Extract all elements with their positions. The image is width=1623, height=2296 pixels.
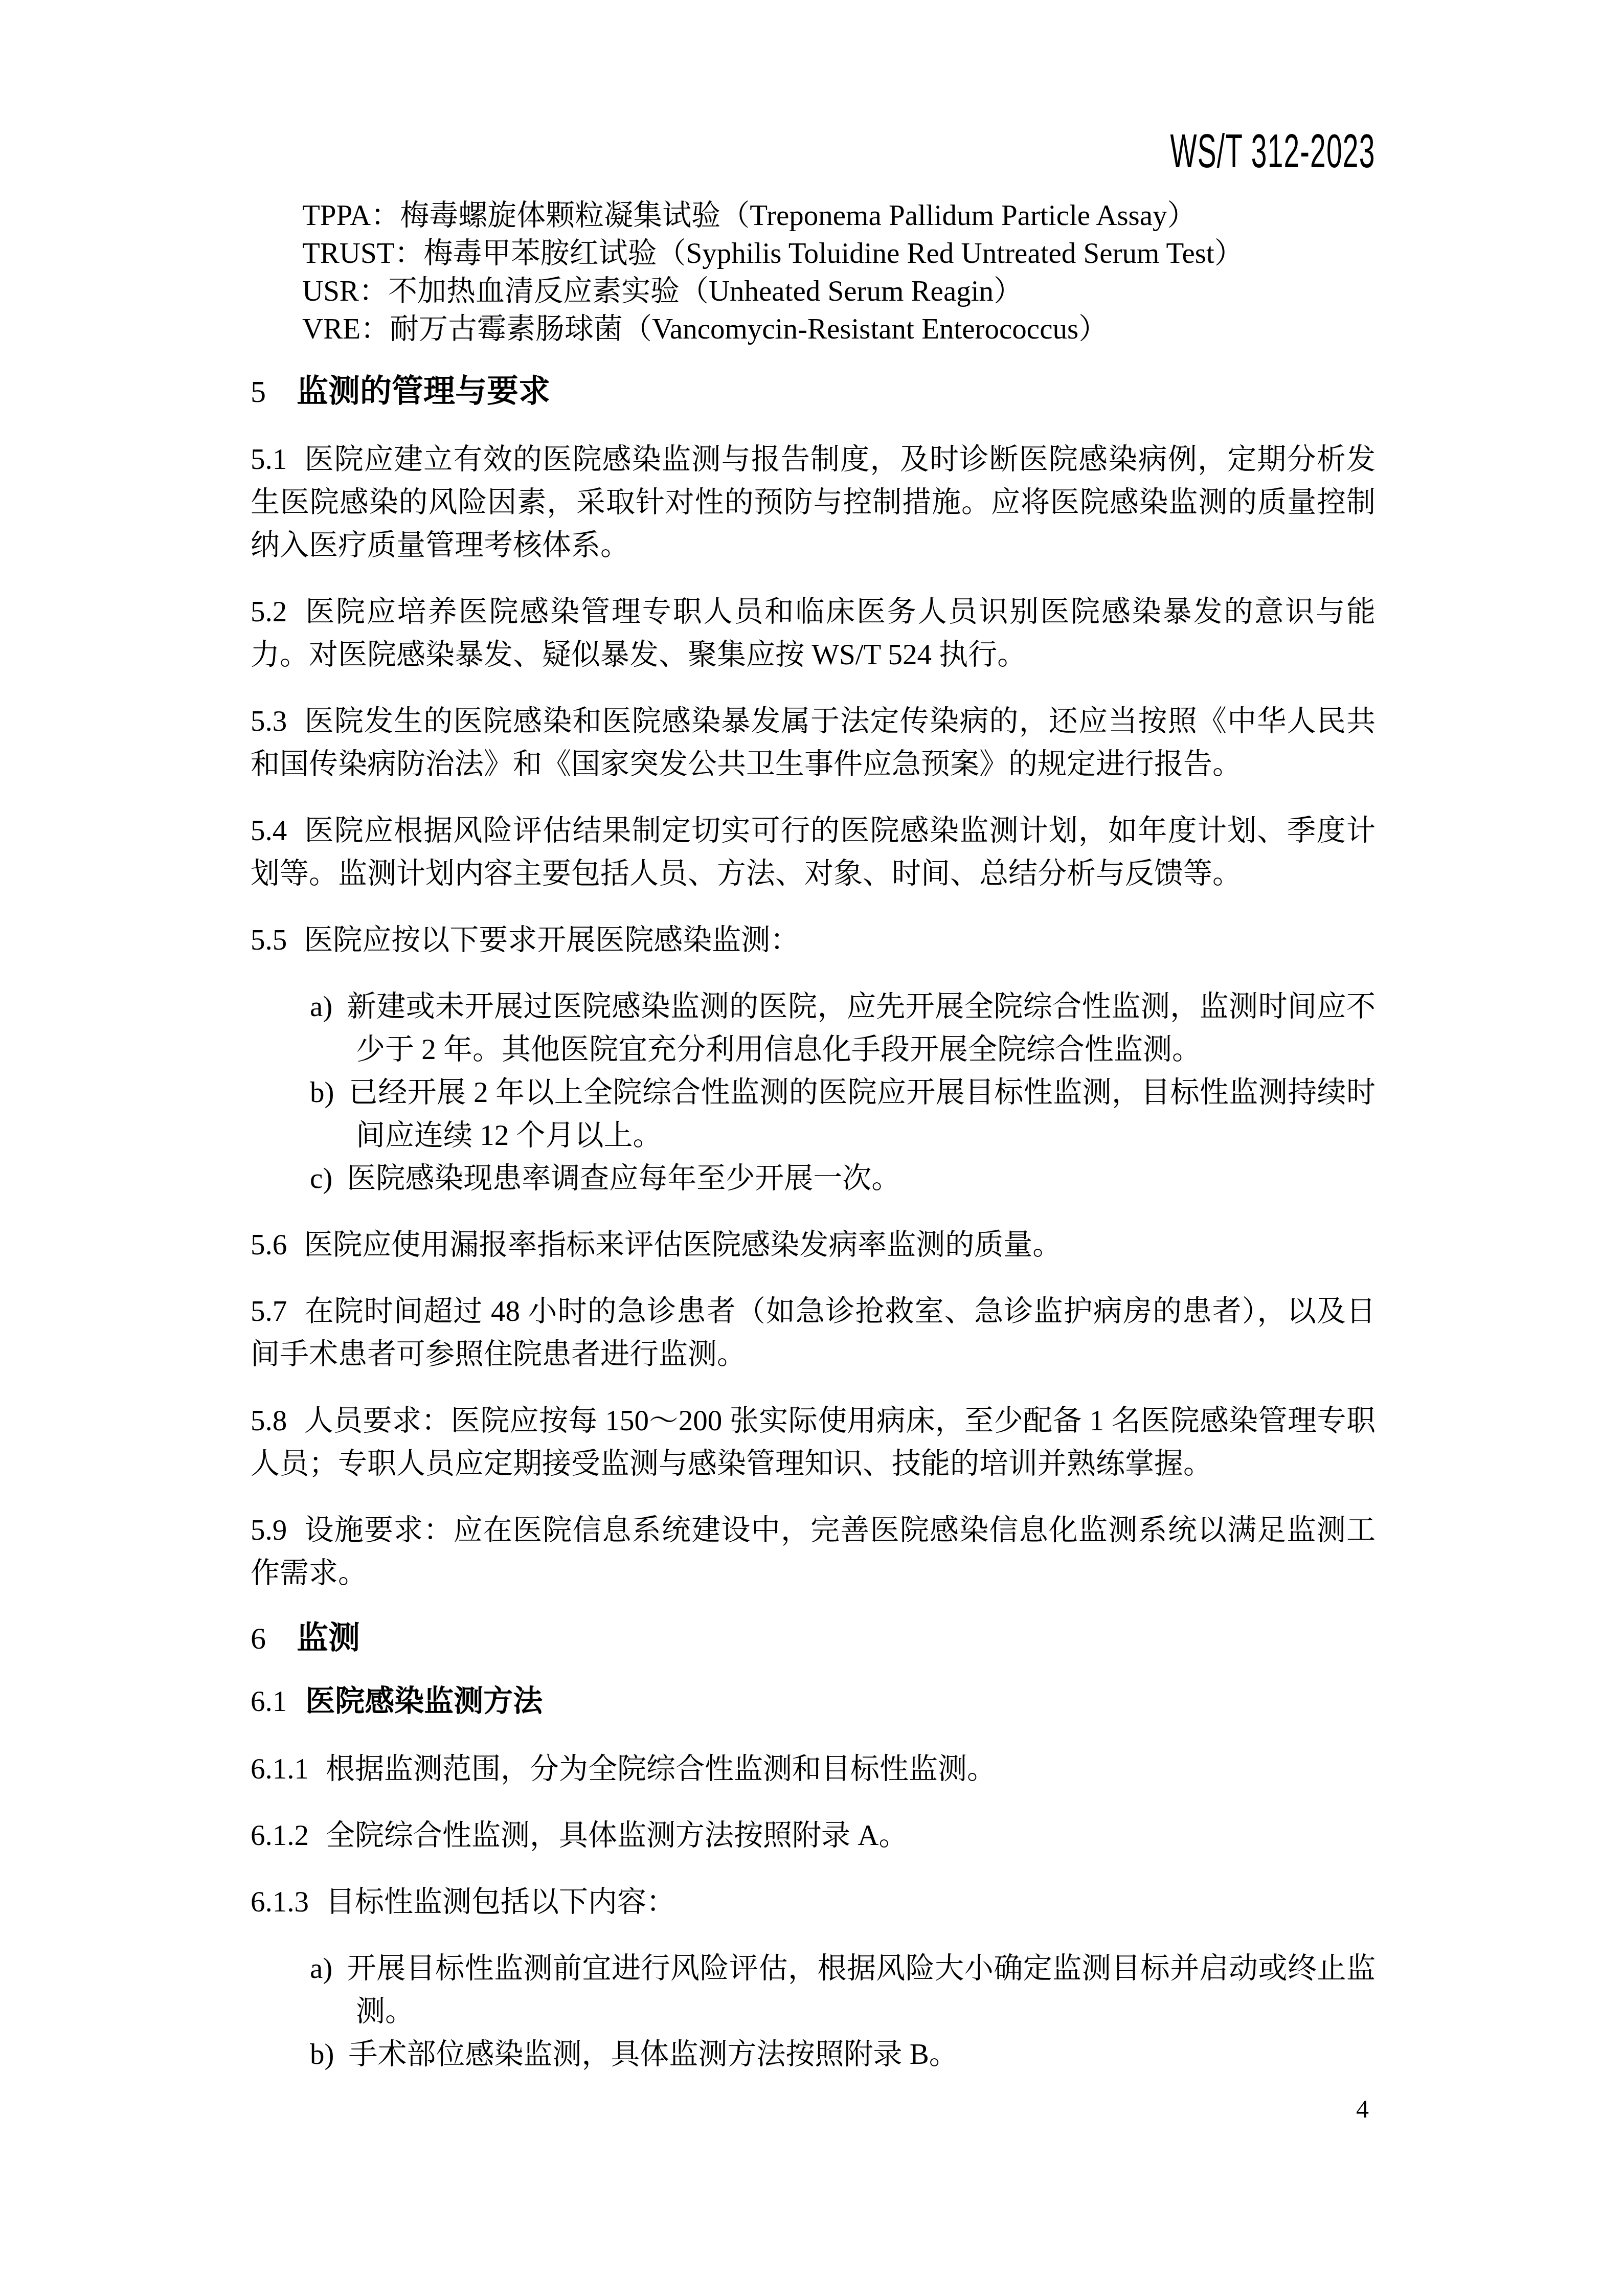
paragraph-5-3: 5.3医院发生的医院感染和医院感染暴发属于法定传染病的，还应当按照《中华人民共和… (251, 700, 1376, 786)
list-item-b: b)手术部位感染监测，具体监测方法按照附录 B。 (251, 2033, 1376, 2076)
list-item-c: c)医院感染现患率调查应每年至少开展一次。 (251, 1157, 1376, 1200)
list-text: 已经开展 2 年以上全院综合性监测的医院应开展目标性监测，目标性监测持续时间应连… (348, 1076, 1376, 1152)
abbreviation-line-usr: USR：不加热血清反应素实验（Unheated Serum Reagin） (251, 273, 1376, 310)
clause-number: 6.1 (251, 1685, 287, 1718)
paragraph-5-2: 5.2医院应培养医院感染管理专职人员和临床医务人员识别医院感染暴发的意识与能力。… (251, 591, 1376, 677)
clause-text: 医院应按以下要求开展医院感染监测： (304, 924, 799, 956)
clause-title: 监测 (297, 1620, 360, 1656)
clause-number: 5.6 (251, 1229, 287, 1261)
clause-text: 目标性监测包括以下内容： (326, 1886, 675, 1918)
clause-text: 根据监测范围，分为全院综合性监测和目标性监测。 (326, 1753, 996, 1785)
clause-number: 5.8 (251, 1405, 287, 1437)
paragraph-6-1-2: 6.1.2全院综合性监测，具体监测方法按照附录 A。 (251, 1814, 1376, 1857)
list-text: 医院感染现患率调查应每年至少开展一次。 (347, 1162, 900, 1195)
clause-5-heading: 5监测的管理与要求 (251, 369, 1376, 415)
clause-title: 监测的管理与要求 (297, 374, 550, 409)
standard-code: WS/T 312-2023 (1170, 128, 1376, 174)
list-text: 新建或未开展过医院感染监测的医院，应先开展全院综合性监测，监测时间应不少于 2 … (347, 991, 1376, 1066)
clause-number: 5.7 (251, 1295, 287, 1327)
clause-6-1-heading: 6.1医院感染监测方法 (251, 1679, 1376, 1724)
list-item-a: a)新建或未开展过医院感染监测的医院，应先开展全院综合性监测，监测时间应不少于 … (251, 985, 1376, 1071)
list-marker: c) (310, 1162, 332, 1195)
clause-text: 在院时间超过 48 小时的急诊患者（如急诊抢救室、急诊监护病房的患者），以及日间… (251, 1295, 1376, 1370)
clause-6-1-3-list: a)开展目标性监测前宜进行风险评估，根据风险大小确定监测目标并启动或终止监测。 … (251, 1947, 1376, 2076)
clause-number: 5.2 (251, 596, 287, 628)
list-marker: b) (310, 2038, 334, 2070)
paragraph-5-9: 5.9设施要求：应在医院信息系统建设中，完善医院感染信息化监测系统以满足监测工作… (251, 1509, 1376, 1595)
list-item-b: b)已经开展 2 年以上全院综合性监测的医院应开展目标性监测，目标性监测持续时间… (251, 1071, 1376, 1157)
clause-title: 医院感染监测方法 (305, 1684, 543, 1718)
list-marker: b) (310, 1076, 334, 1109)
list-item-a: a)开展目标性监测前宜进行风险评估，根据风险大小确定监测目标并启动或终止监测。 (251, 1947, 1376, 2033)
clause-5-5-list: a)新建或未开展过医院感染监测的医院，应先开展全院综合性监测，监测时间应不少于 … (251, 985, 1376, 1200)
clause-6-heading: 6监测 (251, 1615, 1376, 1661)
clause-text: 设施要求：应在医院信息系统建设中，完善医院感染信息化监测系统以满足监测工作需求。 (251, 1514, 1376, 1589)
list-text: 手术部位感染监测，具体监测方法按照附录 B。 (348, 2038, 958, 2070)
paragraph-5-7: 5.7在院时间超过 48 小时的急诊患者（如急诊抢救室、急诊监护病房的患者），以… (251, 1290, 1376, 1376)
abbreviation-line-vre: VRE：耐万古霉素肠球菌（Vancomycin-Resistant Entero… (251, 310, 1376, 348)
page-number: 4 (1356, 2095, 1369, 2123)
clause-number: 5 (251, 375, 266, 409)
paragraph-5-5: 5.5医院应按以下要求开展医院感染监测： (251, 919, 1376, 962)
document-page: WS/T 312-2023 TPPA：梅毒螺旋体颗粒凝集试验（Treponema… (0, 0, 1623, 2296)
clause-number: 5.1 (251, 443, 287, 476)
abbreviation-list: TPPA：梅毒螺旋体颗粒凝集试验（Treponema Pallidum Part… (251, 197, 1376, 348)
clause-number: 5.4 (251, 815, 287, 847)
list-marker: a) (310, 1952, 332, 1985)
abbreviation-line-tppa: TPPA：梅毒螺旋体颗粒凝集试验（Treponema Pallidum Part… (251, 197, 1376, 235)
paragraph-5-4: 5.4医院应根据风险评估结果制定切实可行的医院感染监测计划，如年度计划、季度计划… (251, 809, 1376, 895)
paragraph-6-1-1: 6.1.1根据监测范围，分为全院综合性监测和目标性监测。 (251, 1748, 1376, 1791)
page-header: WS/T 312-2023 (251, 128, 1376, 174)
clause-number: 6.1.3 (251, 1886, 309, 1918)
list-marker: a) (310, 991, 332, 1023)
clause-number: 5.3 (251, 705, 287, 737)
abbreviation-line-trust: TRUST：梅毒甲苯胺红试验（Syphilis Toluidine Red Un… (251, 235, 1376, 273)
clause-number: 5.5 (251, 924, 287, 956)
clause-text: 医院应培养医院感染管理专职人员和临床医务人员识别医院感染暴发的意识与能力。对医院… (251, 596, 1376, 671)
paragraph-6-1-3: 6.1.3目标性监测包括以下内容： (251, 1881, 1376, 1924)
clause-text: 医院应使用漏报率指标来评估医院感染发病率监测的质量。 (304, 1229, 1062, 1261)
clause-number: 6.1.2 (251, 1819, 309, 1852)
clause-number: 6 (251, 1622, 266, 1655)
clause-number: 6.1.1 (251, 1753, 309, 1785)
clause-text: 人员要求：医院应按每 150～200 张实际使用病床，至少配备 1 名医院感染管… (251, 1405, 1376, 1480)
clause-text: 医院应根据风险评估结果制定切实可行的医院感染监测计划，如年度计划、季度计划等。监… (251, 815, 1376, 890)
paragraph-5-1: 5.1医院应建立有效的医院感染监测与报告制度，及时诊断医院感染病例，定期分析发生… (251, 438, 1376, 567)
clause-text: 医院应建立有效的医院感染监测与报告制度，及时诊断医院感染病例，定期分析发生医院感… (251, 443, 1376, 561)
paragraph-5-8: 5.8人员要求：医院应按每 150～200 张实际使用病床，至少配备 1 名医院… (251, 1400, 1376, 1485)
list-text: 开展目标性监测前宜进行风险评估，根据风险大小确定监测目标并启动或终止监测。 (347, 1952, 1376, 2028)
clause-text: 医院发生的医院感染和医院感染暴发属于法定传染病的，还应当按照《中华人民共和国传染… (251, 705, 1376, 780)
paragraph-5-6: 5.6医院应使用漏报率指标来评估医院感染发病率监测的质量。 (251, 1224, 1376, 1267)
clause-number: 5.9 (251, 1514, 287, 1546)
clause-text: 全院综合性监测，具体监测方法按照附录 A。 (326, 1819, 908, 1852)
